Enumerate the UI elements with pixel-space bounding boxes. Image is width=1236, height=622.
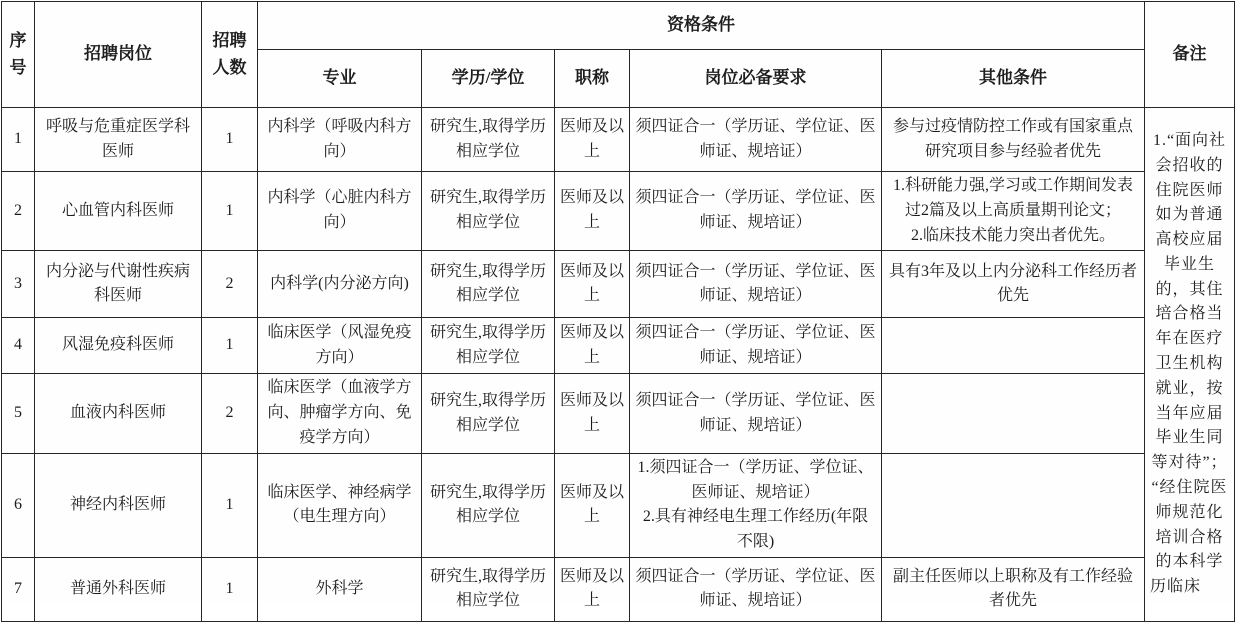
cell-education: 研究生,取得学历相应学位 (422, 251, 555, 318)
cell-position: 血液内科医师 (35, 374, 202, 453)
header-education: 学历/学位 (422, 50, 555, 108)
cell-title: 医师及以上 (555, 374, 630, 453)
cell-position: 普通外科医师 (35, 557, 202, 621)
cell-count: 2 (202, 374, 258, 453)
cell-index: 6 (2, 453, 35, 557)
cell-position: 心血管内科医师 (35, 172, 202, 251)
header-remarks: 备注 (1145, 2, 1235, 108)
header-position: 招聘岗位 (35, 2, 202, 108)
cell-other (882, 453, 1145, 557)
cell-other (882, 318, 1145, 374)
header-index: 序号 (2, 2, 35, 108)
cell-position: 内分泌与代谢性疾病科医师 (35, 251, 202, 318)
header-qualification-group: 资格条件 (258, 2, 1145, 50)
recruitment-table: 序号 招聘岗位 招聘人数 资格条件 备注 专业 学历/学位 职称 岗位必备要求 … (1, 1, 1235, 622)
cell-major: 临床医学、神经病学（电生理方向） (258, 453, 422, 557)
cell-index: 7 (2, 557, 35, 621)
cell-major: 内科学（呼吸内科方向） (258, 108, 422, 172)
cell-index: 2 (2, 172, 35, 251)
cell-position: 呼吸与危重症医学科医师 (35, 108, 202, 172)
table-row: 1 呼吸与危重症医学科医师 1 内科学（呼吸内科方向） 研究生,取得学历相应学位… (2, 108, 1235, 172)
header-other: 其他条件 (882, 50, 1145, 108)
cell-position: 风湿免疫科医师 (35, 318, 202, 374)
cell-major: 内科学（心脏内科方向） (258, 172, 422, 251)
cell-count: 1 (202, 453, 258, 557)
cell-title: 医师及以上 (555, 318, 630, 374)
cell-education: 研究生,取得学历相应学位 (422, 318, 555, 374)
cell-requirements: 须四证合一（学历证、学位证、医师证、规培证） (630, 318, 882, 374)
cell-requirements: 须四证合一（学历证、学位证、医师证、规培证） (630, 172, 882, 251)
table-row: 4 风湿免疫科医师 1 临床医学（风湿免疫方向） 研究生,取得学历相应学位 医师… (2, 318, 1235, 374)
cell-count: 1 (202, 108, 258, 172)
cell-other: 参与过疫情防控工作或有国家重点研究项目参与经验者优先 (882, 108, 1145, 172)
cell-education: 研究生,取得学历相应学位 (422, 557, 555, 621)
cell-index: 3 (2, 251, 35, 318)
cell-title: 医师及以上 (555, 557, 630, 621)
cell-requirements: 须四证合一（学历证、学位证、医师证、规培证） (630, 374, 882, 453)
cell-education: 研究生,取得学历相应学位 (422, 108, 555, 172)
cell-title: 医师及以上 (555, 453, 630, 557)
cell-remarks: 1.“面向社会招收的住院医师如为普通高校应届毕业生的，其住培合格当年在医疗卫生机… (1145, 108, 1235, 622)
table-row: 3 内分泌与代谢性疾病科医师 2 内科学(内分泌方向) 研究生,取得学历相应学位… (2, 251, 1235, 318)
cell-major: 外科学 (258, 557, 422, 621)
cell-major: 临床医学（血液学方向、肿瘤学方向、免疫学方向） (258, 374, 422, 453)
table-row: 6 神经内科医师 1 临床医学、神经病学（电生理方向） 研究生,取得学历相应学位… (2, 453, 1235, 557)
cell-count: 1 (202, 557, 258, 621)
cell-count: 2 (202, 251, 258, 318)
cell-requirements: 须四证合一（学历证、学位证、医师证、规培证） (630, 108, 882, 172)
cell-other (882, 374, 1145, 453)
header-title: 职称 (555, 50, 630, 108)
cell-requirements: 1.须四证合一（学历证、学位证、医师证、规培证） 2.具有神经电生理工作经历(年… (630, 453, 882, 557)
cell-title: 医师及以上 (555, 108, 630, 172)
cell-index: 5 (2, 374, 35, 453)
cell-title: 医师及以上 (555, 251, 630, 318)
cell-other: 副主任医师以上职称及有工作经验者优先 (882, 557, 1145, 621)
cell-other: 具有3年及以上内分泌科工作经历者优先 (882, 251, 1145, 318)
table-row: 7 普通外科医师 1 外科学 研究生,取得学历相应学位 医师及以上 须四证合一（… (2, 557, 1235, 621)
cell-index: 4 (2, 318, 35, 374)
cell-count: 1 (202, 318, 258, 374)
header-row-group: 序号 招聘岗位 招聘人数 资格条件 备注 (2, 2, 1235, 50)
cell-title: 医师及以上 (555, 172, 630, 251)
cell-position: 神经内科医师 (35, 453, 202, 557)
table-row: 5 血液内科医师 2 临床医学（血液学方向、肿瘤学方向、免疫学方向） 研究生,取… (2, 374, 1235, 453)
header-requirements: 岗位必备要求 (630, 50, 882, 108)
header-major: 专业 (258, 50, 422, 108)
document-page: 序号 招聘岗位 招聘人数 资格条件 备注 专业 学历/学位 职称 岗位必备要求 … (0, 0, 1236, 602)
cell-other: 1.科研能力强,学习或工作期间发表过2篇及以上高质量期刊论文； 2.临床技术能力… (882, 172, 1145, 251)
cell-education: 研究生,取得学历相应学位 (422, 374, 555, 453)
cell-major: 临床医学（风湿免疫方向） (258, 318, 422, 374)
cell-count: 1 (202, 172, 258, 251)
table-row: 2 心血管内科医师 1 内科学（心脏内科方向） 研究生,取得学历相应学位 医师及… (2, 172, 1235, 251)
cell-requirements: 须四证合一（学历证、学位证、医师证、规培证） (630, 557, 882, 621)
cell-education: 研究生,取得学历相应学位 (422, 453, 555, 557)
cell-index: 1 (2, 108, 35, 172)
cell-major: 内科学(内分泌方向) (258, 251, 422, 318)
cell-education: 研究生,取得学历相应学位 (422, 172, 555, 251)
header-count: 招聘人数 (202, 2, 258, 108)
cell-requirements: 须四证合一（学历证、学位证、医师证、规培证） (630, 251, 882, 318)
